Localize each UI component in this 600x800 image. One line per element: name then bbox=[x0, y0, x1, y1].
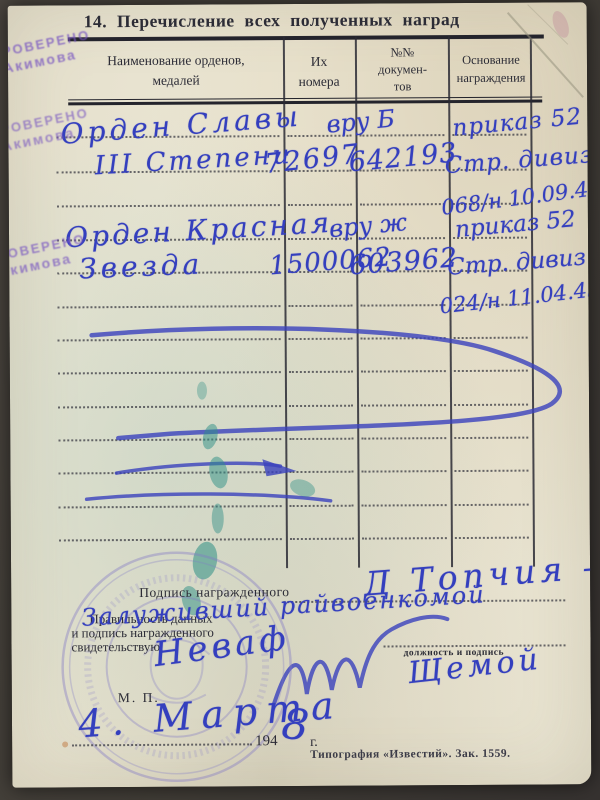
paper-crease bbox=[508, 4, 584, 97]
printer-note: Типография «Известий». Зак. 1559. bbox=[310, 748, 510, 761]
ink-blot bbox=[177, 381, 318, 618]
year-digit-handwriting: 8 bbox=[280, 699, 311, 750]
year-printed: 194 bbox=[255, 733, 278, 750]
scanned-award-record-photo: 14. Перечисление всех полученных наград … bbox=[0, 0, 600, 800]
document-page: 14. Перечисление всех полученных наград … bbox=[8, 2, 592, 788]
certify-text: свидетельствую: bbox=[71, 639, 163, 656]
